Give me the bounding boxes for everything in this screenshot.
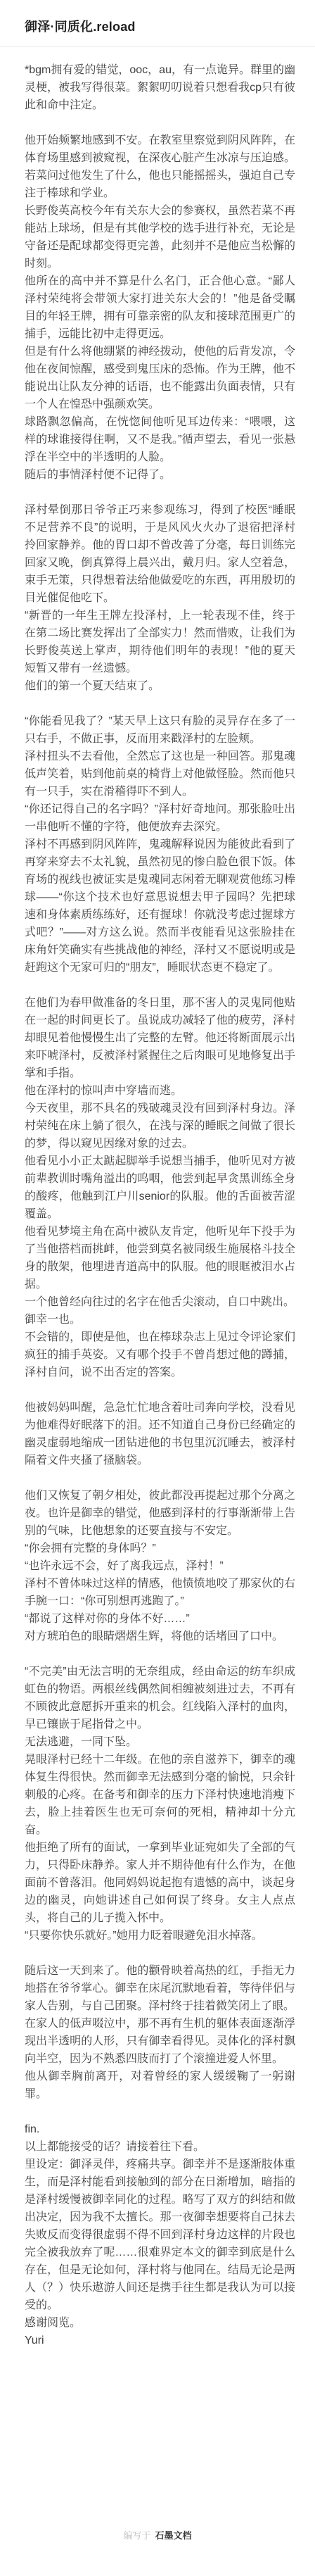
paragraph: *bgm拥有爱的错觉，ooc，au，有一点诡异。群里的幽灵梗，被我写得很菜。絮絮…: [25, 61, 295, 114]
paragraph: 他看见梦境主角在高中被队友肯定，他听见年下投手为了当他搭档而挑衅，他尝到莫名被同…: [25, 1223, 295, 1293]
paragraph-spacer: [25, 1944, 295, 1962]
paragraph: “你会拥有完整的身体吗？”: [25, 1540, 295, 1557]
paragraph: 他们的第一个夏天结束了。: [25, 677, 295, 695]
paragraph: 里设定：御泽灵伴，疼痛共享。御幸并不是逐渐肢体重生，而是泽村能看到接触到的部分在…: [25, 2156, 295, 2314]
paragraph: 在家人的低声啜泣中，那不再有生机的躯体表面逐渐浮现出半透明的人形，只有御幸看得见…: [25, 2015, 295, 2068]
paragraph: 晃眼泽村已经十二年级。在他的亲自滋养下，御幸的魂体复生得很快。然而御幸无法感到分…: [25, 1751, 295, 1839]
paragraph: 他被妈妈叫醒，急急忙忙地含着吐司奔向学校，没看见为他难得好眠落下的泪。还不知道自…: [25, 1399, 295, 1469]
paragraph: 泽村不曾体味过这样的情感，他愤愤地咬了那家伙的右手腕一口：“你可别想再逃跑了。”: [25, 1575, 295, 1610]
footer-brand-shimo-docs-link[interactable]: 石墨文档: [155, 2530, 192, 2541]
paragraph-spacer: [25, 1381, 295, 1399]
paragraph: 但是有什么将他绷紧的神经拨动，使他的后背发凉，令他在夜间惊醒，感受到鬼压床的恐怖…: [25, 343, 295, 413]
paragraph-spacer: [25, 484, 295, 501]
paragraph: “你还记得自己的名字吗？”泽村好奇地问。那张脸吐出一串他听不懂的字符，他便放弃去…: [25, 800, 295, 836]
paragraph: 随后的事情泽村便不记得了。: [25, 466, 295, 484]
paragraph: 泽村不再感到阴风阵阵，鬼魂解释说因为能彼此看到了再穿来穿去不太礼貌，虽然初见的惨…: [25, 836, 295, 976]
paragraph: 不会错的，即使是他，也在棒球杂志上见过令评论家们疯狂的捕手英姿。又有哪个投手不曾…: [25, 1328, 295, 1381]
paragraph: 一个他曾经向往过的名字在他舌尖滚动，自口中跳出。: [25, 1293, 295, 1311]
paragraph: “新晋的一年生王牌左投泽村，上一轮表现不佳，终于在第二场比赛发挥出了全部实力！然…: [25, 607, 295, 677]
paragraph: 他看见小小正太踮起脚举手说想当捕手，他听见对方被前辈教训时嘴角溢出的呜咽，他尝到…: [25, 1152, 295, 1223]
paragraph: 泽村扭头不去看他，全然忘了这也是一种回答。那鬼魂低声笑着，贴到他前桌的椅背上对他…: [25, 748, 295, 800]
paragraph: “都说了这样对你的身体不好……”: [25, 1610, 295, 1628]
paragraph: “你能看见我了？”某天早上这只有脸的灵异存在多了一只右手，不做正事，反而用来戳泽…: [25, 712, 295, 748]
paragraph: 他开始频繁地感到不安。在教室里察觉到阴风阵阵，在体育场里感到被窥视，在深夜心脏产…: [25, 132, 295, 202]
paragraph: 他从御幸胸前离开，对着曾经的家人缓缓鞠了一躬谢罪。: [25, 2068, 295, 2103]
paragraph: 在他们为春甲做准备的冬日里，那不害人的灵鬼同他贴在一起的时间更长了。虽说成功减轻…: [25, 994, 295, 1082]
paragraph: 今天夜里，那不具名的残破魂灵没有回到泽村身边。泽村荣纯在床上躺了很久，在浅与深的…: [25, 1100, 295, 1152]
paragraph: 对方琥珀色的眼睛熠熠生辉，将他的话堵回了口中。: [25, 1628, 295, 1645]
paragraph: 他拒绝了所有的面试，一拿到毕业证宛如失了全部的气力，只得卧床静养。家人并不期待他…: [25, 1839, 295, 1927]
paragraph: 他们又恢复了朝夕相处，彼此都没再提起过那个分离之夜。也许是御幸的错觉，他感到泽村…: [25, 1487, 295, 1540]
footer-written-in-label: 编写于: [123, 2530, 150, 2541]
paragraph-spacer: [25, 1645, 295, 1663]
document-body: *bgm拥有爱的错觉，ooc，au，有一点诡异。群里的幽灵梗，被我写得很菜。絮絮…: [0, 47, 315, 2349]
paragraph: 长野俊英高校今年有关东大会的参赛权，虽然若菜不再能站上球场，但是有其他学校的选手…: [25, 202, 295, 272]
paragraph: fin.: [25, 2121, 295, 2138]
paragraph: 随后这一天到来了。他的颧骨映着高热的红，手指无力地搭在爷爷掌心。御幸在床尾沉默地…: [25, 1962, 295, 2015]
document-page: 御泽·同质化.reload *bgm拥有爱的错觉，ooc，au，有一点诡异。群里…: [0, 0, 315, 2576]
page-title: 御泽·同质化.reload: [25, 18, 295, 35]
paragraph: Yuri: [25, 2332, 295, 2349]
paragraph: 御幸一也。: [25, 1311, 295, 1328]
paragraph: “也许永远不会，好了离我远点，泽村！”: [25, 1557, 295, 1575]
paragraph: 感谢阅览。: [25, 2314, 295, 2332]
paragraph: “不完美”由无法言明的无奈组成，经由命运的纺车织成虹色的物语。两根丝线偶然间相缠…: [25, 1663, 295, 1733]
document-footer: 编写于石墨文档: [0, 2530, 315, 2542]
paragraph-spacer: [25, 976, 295, 994]
paragraph-spacer: [25, 695, 295, 712]
document-header: 御泽·同质化.reload: [0, 0, 315, 35]
paragraph-spacer: [25, 2103, 295, 2121]
paragraph: 他所在的高中并不算是什么名门，正合他心意。“鄙人泽村荣纯将会带领大家打进关东大会…: [25, 272, 295, 343]
paragraph: 无法逃避，一同下坠。: [25, 1733, 295, 1751]
paragraph: 泽村晕倒那日爷爷正巧来参观练习，得到了校医“睡眠不足营养不良”的说明，于是风风火…: [25, 501, 295, 607]
paragraph: 以上都能接受的话？请接着往下看。: [25, 2138, 295, 2156]
paragraph: “只要你快乐就好。”她用力眨着眼避免泪水掉落。: [25, 1927, 295, 1944]
paragraph: 球路飘忽偏高，在恍惚间他听见耳边传来：“喂喂，这样的球谁接得住啊，又不是我。”循…: [25, 413, 295, 466]
paragraph-spacer: [25, 114, 295, 132]
paragraph: 他在泽村的惊叫声中穿墙而逃。: [25, 1082, 295, 1100]
paragraph-spacer: [25, 1469, 295, 1487]
